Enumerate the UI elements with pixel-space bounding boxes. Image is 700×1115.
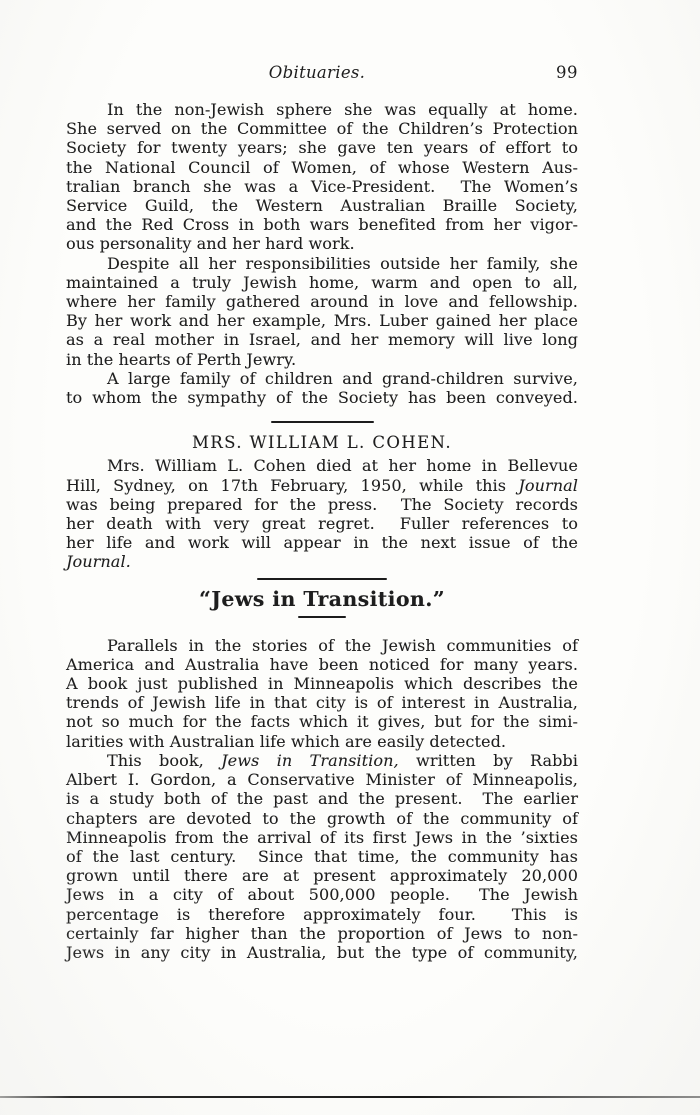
text-segment: Service Guild, the Western Australian Br… (66, 196, 578, 215)
body-paragraph: Parallels in the stories of the Jewish c… (66, 636, 578, 751)
text-line: trends of Jewish life in that city is of… (66, 693, 578, 712)
text-segment: A book just published in Minneapolis whi… (66, 674, 578, 693)
italic-text: Journal. (66, 552, 131, 571)
page-number: 99 (556, 63, 578, 82)
text-segment: Jews in a city of about 500,000 people. … (66, 885, 578, 904)
text-line: chapters are devoted to the growth of th… (66, 809, 578, 828)
text-line: A large family of children and grand-chi… (66, 369, 578, 388)
text-line: percentage is therefore approximately fo… (66, 905, 578, 924)
text-segment: chapters are devoted to the growth of th… (66, 809, 578, 828)
text-line: as a real mother in Israel, and her memo… (66, 330, 578, 349)
text-segment: as a real mother in Israel, and her memo… (66, 330, 578, 349)
text-segment: grown until there are at present approxi… (66, 866, 578, 885)
body-paragraph: A large family of children and grand-chi… (66, 369, 578, 407)
text-segment: Mrs. William L. Cohen died at her home i… (107, 456, 578, 475)
italic-text: Jews in Transition, (221, 751, 399, 770)
text-line: not so much for the facts which it gives… (66, 712, 578, 731)
text-line: Despite all her responsibilities outside… (66, 254, 578, 273)
text-segment: America and Australia have been noticed … (66, 655, 578, 674)
text-segment: In the non-Jewish sphere she was equally… (107, 100, 578, 119)
text-segment: is a study both of the past and the pres… (66, 789, 578, 808)
text-line: the National Council of Women, of whose … (66, 158, 578, 177)
text-segment: where her family gathered around in love… (66, 292, 578, 311)
running-header-title: Obituaries. (66, 63, 568, 82)
text-segment: certainly far higher than the proportion… (66, 924, 578, 943)
text-segment: percentage is therefore approximately fo… (66, 905, 578, 924)
text-segment: Minneapolis from the arrival of its firs… (66, 828, 578, 847)
text-line: in the hearts of Perth Jewry. (66, 350, 578, 369)
text-line: She served on the Committee of the Child… (66, 119, 578, 138)
text-line: was being prepared for the press. The So… (66, 495, 578, 514)
text-line: of the last century. Since that time, th… (66, 847, 578, 866)
text-line: her death with very great regret. Fuller… (66, 514, 578, 533)
text-segment: This book, (107, 751, 221, 770)
text-line: Minneapolis from the arrival of its firs… (66, 828, 578, 847)
text-segment: larities with Australian life which are … (66, 732, 506, 751)
text-segment: and the Red Cross in both wars benefited… (66, 215, 578, 234)
text-segment: trends of Jewish life in that city is of… (66, 693, 578, 712)
text-segment: ous personality and her hard work. (66, 234, 355, 253)
text-segment: was being prepared for the press. The So… (66, 495, 578, 514)
text-line: larities with Australian life which are … (66, 732, 578, 751)
separator-rule (271, 421, 374, 423)
scanned-journal-page: Obituaries. 99 In the non-Jewish sphere … (0, 0, 700, 1115)
text-line: By her work and her example, Mrs. Luber … (66, 311, 578, 330)
text-segment: not so much for the facts which it gives… (66, 712, 578, 731)
text-line: A book just published in Minneapolis whi… (66, 674, 578, 693)
body-paragraph: In the non-Jewish sphere she was equally… (66, 100, 578, 254)
separator-rule (257, 578, 387, 580)
text-line: is a study both of the past and the pres… (66, 789, 578, 808)
text-segment: written by Rabbi (399, 751, 578, 770)
body-paragraph: Mrs. William L. Cohen died at her home i… (66, 456, 578, 571)
text-segment: Hill, Sydney, on 17th February, 1950, wh… (66, 476, 518, 495)
text-line: certainly far higher than the proportion… (66, 924, 578, 943)
text-line: her life and work will appear in the nex… (66, 533, 578, 552)
article-heading: “Jews in Transition.” (66, 586, 578, 612)
text-segment: maintained a truly Jewish home, warm and… (66, 273, 578, 292)
text-line: Service Guild, the Western Australian Br… (66, 196, 578, 215)
text-segment: Despite all her responsibilities outside… (107, 254, 578, 273)
text-line: maintained a truly Jewish home, warm and… (66, 273, 578, 292)
text-line: Hill, Sydney, on 17th February, 1950, wh… (66, 476, 578, 495)
text-line: Albert I. Gordon, a Conservative Ministe… (66, 770, 578, 789)
separator-rule (298, 616, 346, 618)
text-segment: A large family of children and grand-chi… (107, 369, 578, 388)
text-segment: of the last century. Since that time, th… (66, 847, 578, 866)
text-line: Jews in a city of about 500,000 people. … (66, 885, 578, 904)
text-line: tralian branch she was a Vice-President.… (66, 177, 578, 196)
text-segment: the National Council of Women, of whose … (66, 158, 578, 177)
text-line: to whom the sympathy of the Society has … (66, 388, 578, 407)
text-line: ous personality and her hard work. (66, 234, 578, 253)
page-edge-line (0, 1096, 700, 1098)
text-segment: tralian branch she was a Vice-President.… (66, 177, 578, 196)
obituary-heading: MRS. WILLIAM L. COHEN. (66, 433, 578, 452)
text-segment: She served on the Committee of the Child… (66, 119, 578, 138)
running-header: Obituaries. 99 (66, 63, 578, 85)
text-segment: Society for twenty years; she gave ten y… (66, 138, 578, 157)
text-line: Mrs. William L. Cohen died at her home i… (66, 456, 578, 475)
page-content: In the non-Jewish sphere she was equally… (66, 100, 578, 962)
text-segment: Albert I. Gordon, a Conservative Ministe… (66, 770, 578, 789)
text-segment: in the hearts of Perth Jewry. (66, 350, 296, 369)
italic-text: Journal (518, 476, 578, 495)
text-line: Jews in any city in Australia, but the t… (66, 943, 578, 962)
text-line: grown until there are at present approxi… (66, 866, 578, 885)
text-line: Society for twenty years; she gave ten y… (66, 138, 578, 157)
text-line: Journal. (66, 552, 578, 571)
body-paragraph: This book, Jews in Transition, written b… (66, 751, 578, 962)
text-segment: her life and work will appear in the nex… (66, 533, 578, 552)
text-line: America and Australia have been noticed … (66, 655, 578, 674)
text-segment: Parallels in the stories of the Jewish c… (107, 636, 578, 655)
text-line: Parallels in the stories of the Jewish c… (66, 636, 578, 655)
text-segment: her death with very great regret. Fuller… (66, 514, 578, 533)
text-line: and the Red Cross in both wars benefited… (66, 215, 578, 234)
text-line: where her family gathered around in love… (66, 292, 578, 311)
text-segment: Jews in any city in Australia, but the t… (66, 943, 578, 962)
text-line: This book, Jews in Transition, written b… (66, 751, 578, 770)
text-line: In the non-Jewish sphere she was equally… (66, 100, 578, 119)
text-segment: to whom the sympathy of the Society has … (66, 388, 578, 407)
body-paragraph: Despite all her responsibilities outside… (66, 254, 578, 369)
text-segment: By her work and her example, Mrs. Luber … (66, 311, 578, 330)
